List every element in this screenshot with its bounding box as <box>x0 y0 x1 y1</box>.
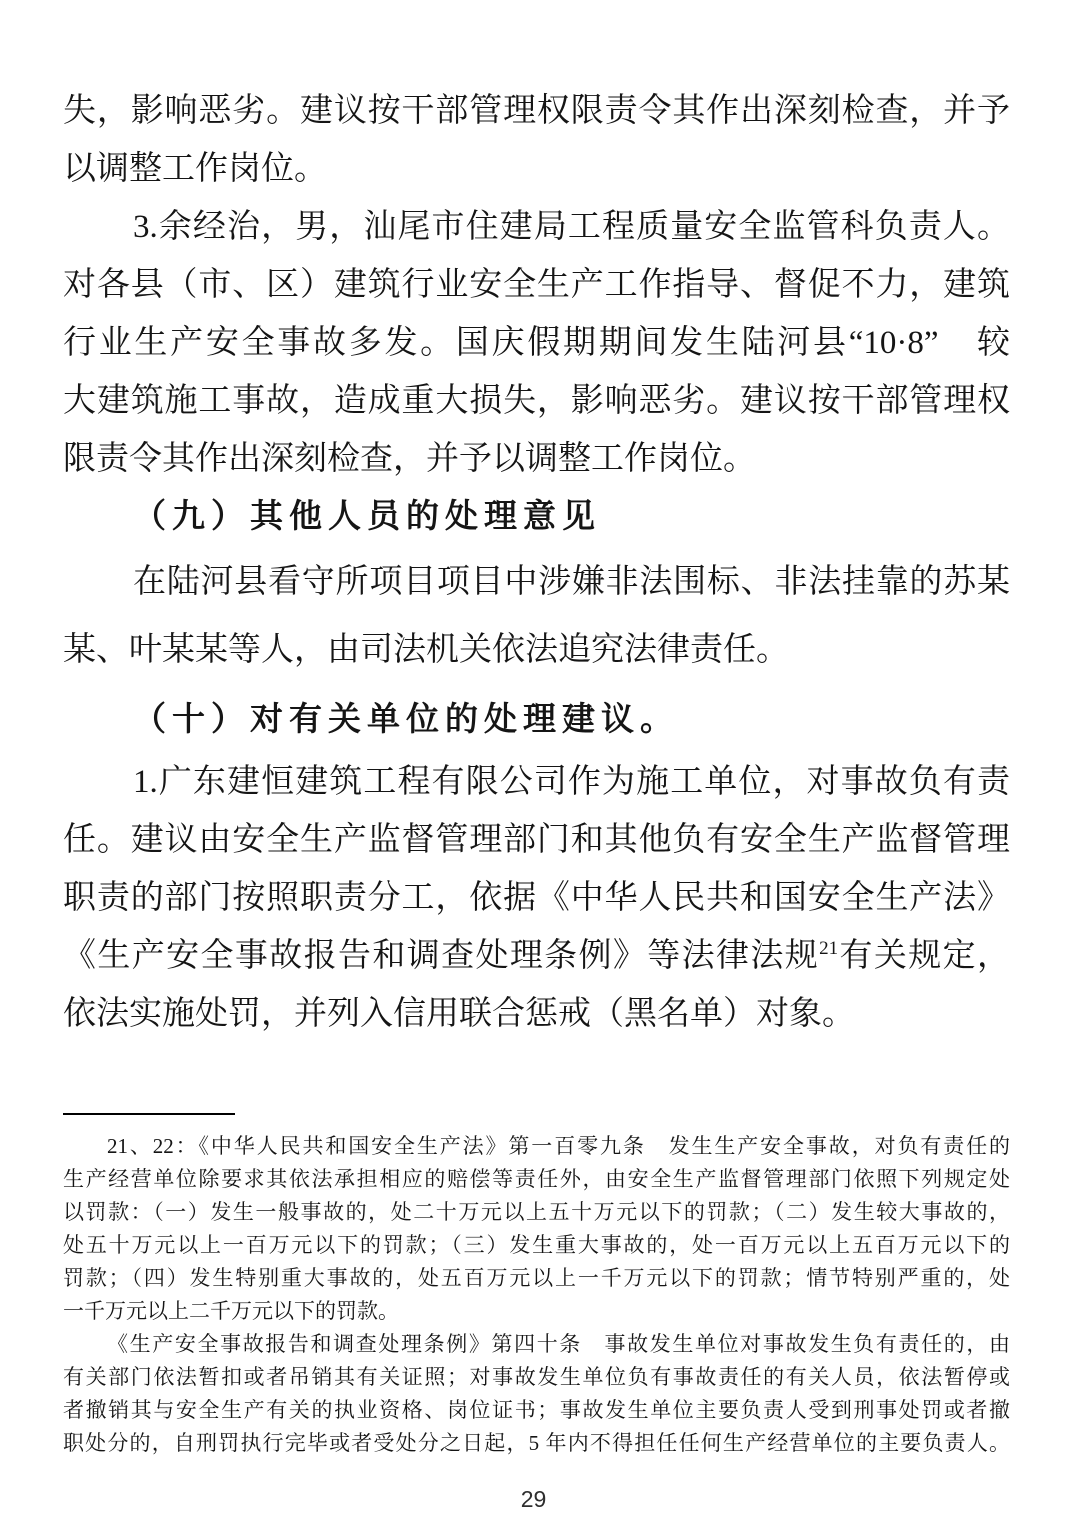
body-line: 失，影响恶劣。建议按干部管理权限责令其作出深刻检查，并予 <box>63 82 1010 140</box>
section-heading-10: （十）对有关单位的处理建议。 <box>63 691 1010 749</box>
body-line-text: 《生产安全事故报告和调查处理条例》等法律法规 <box>63 938 819 974</box>
body-line: 1.广东建恒建筑工程有限公司作为施工单位，对事故负有责 <box>63 753 1010 811</box>
footnote-line: 有关部门依法暂扣或者吊销其有关证照；对事故发生单位负有事故责任的有关人员，依法暂… <box>63 1361 1010 1394</box>
body-line: 职责的部门按照职责分工，依据《中华人民共和国安全生产法》 <box>63 869 1010 927</box>
page-number: 29 <box>0 1486 1067 1513</box>
footnote-separator <box>63 1113 235 1115</box>
footnote-line: 21、22：《中华人民共和国安全生产法》第一百零九条 发生生产安全事故，对负有责… <box>63 1130 1010 1163</box>
body-line: 任。建议由安全生产监督管理部门和其他负有安全生产监督管理 <box>63 811 1010 869</box>
body-line: 行业生产安全事故多发。国庆假期期间发生陆河县“10·8” 较 <box>63 314 1010 372</box>
body-text: 失，影响恶劣。建议按干部管理权限责令其作出深刻检查，并予 以调整工作岗位。 3.… <box>63 82 1010 1043</box>
body-line-text: 有关规定， <box>838 938 1010 974</box>
footnote-line: 罚款；（四）发生特别重大事故的，处五百万元以上一千万元以下的罚款；情节特别严重的… <box>63 1262 1010 1295</box>
footnote-line: 生产经营单位除要求其依法承担相应的赔偿等责任外，由安全生产监督管理部门依照下列规… <box>63 1163 1010 1196</box>
footnote: 21、22：《中华人民共和国安全生产法》第一百零九条 发生生产安全事故，对负有责… <box>63 1113 1010 1460</box>
footnote-line: 一千万元以上二千万元以下的罚款。 <box>63 1295 1010 1328</box>
body-line: 《生产安全事故报告和调查处理条例》等法律法规21有关规定， <box>63 927 1010 985</box>
body-line: 在陆河县看守所项目项目中涉嫌非法围标、非法挂靠的苏某 <box>63 553 1010 611</box>
section-heading-9: （九）其他人员的处理意见 <box>63 488 1010 546</box>
footnote-line: 以罚款：（一）发生一般事故的，处二十万元以上五十万元以下的罚款；（二）发生较大事… <box>63 1196 1010 1229</box>
footnote-ref-21: 21 <box>819 938 838 959</box>
body-line: 大建筑施工事故，造成重大损失，影响恶劣。建议按干部管理权 <box>63 372 1010 430</box>
body-line: 以调整工作岗位。 <box>63 140 1010 198</box>
footnote-line: 职处分的，自刑罚执行完毕或者受处分之日起，5 年内不得担任任何生产经营单位的主要… <box>63 1427 1010 1460</box>
body-line: 依法实施处罚，并列入信用联合惩戒（黑名单）对象。 <box>63 985 1010 1043</box>
footnote-line: 者撤销其与安全生产有关的执业资格、岗位证书；事故发生单位主要负责人受到刑事处罚或… <box>63 1394 1010 1427</box>
footnote-line: 处五十万元以上一百万元以下的罚款；（三）发生重大事故的，处一百万元以上五百万元以… <box>63 1229 1010 1262</box>
document-page: 失，影响恶劣。建议按干部管理权限责令其作出深刻检查，并予 以调整工作岗位。 3.… <box>0 0 1067 1530</box>
body-line: 限责令其作出深刻检查，并予以调整工作岗位。 <box>63 430 1010 488</box>
body-line: 某、叶某某等人，由司法机关依法追究法律责任。 <box>63 621 1010 679</box>
body-line: 3.余经治，男，汕尾市住建局工程质量安全监管科负责人。 <box>63 198 1010 256</box>
body-line: 对各县（市、区）建筑行业安全生产工作指导、督促不力，建筑 <box>63 256 1010 314</box>
footnote-line: 《生产安全事故报告和调查处理条例》第四十条 事故发生单位对事故发生负有责任的，由 <box>63 1328 1010 1361</box>
